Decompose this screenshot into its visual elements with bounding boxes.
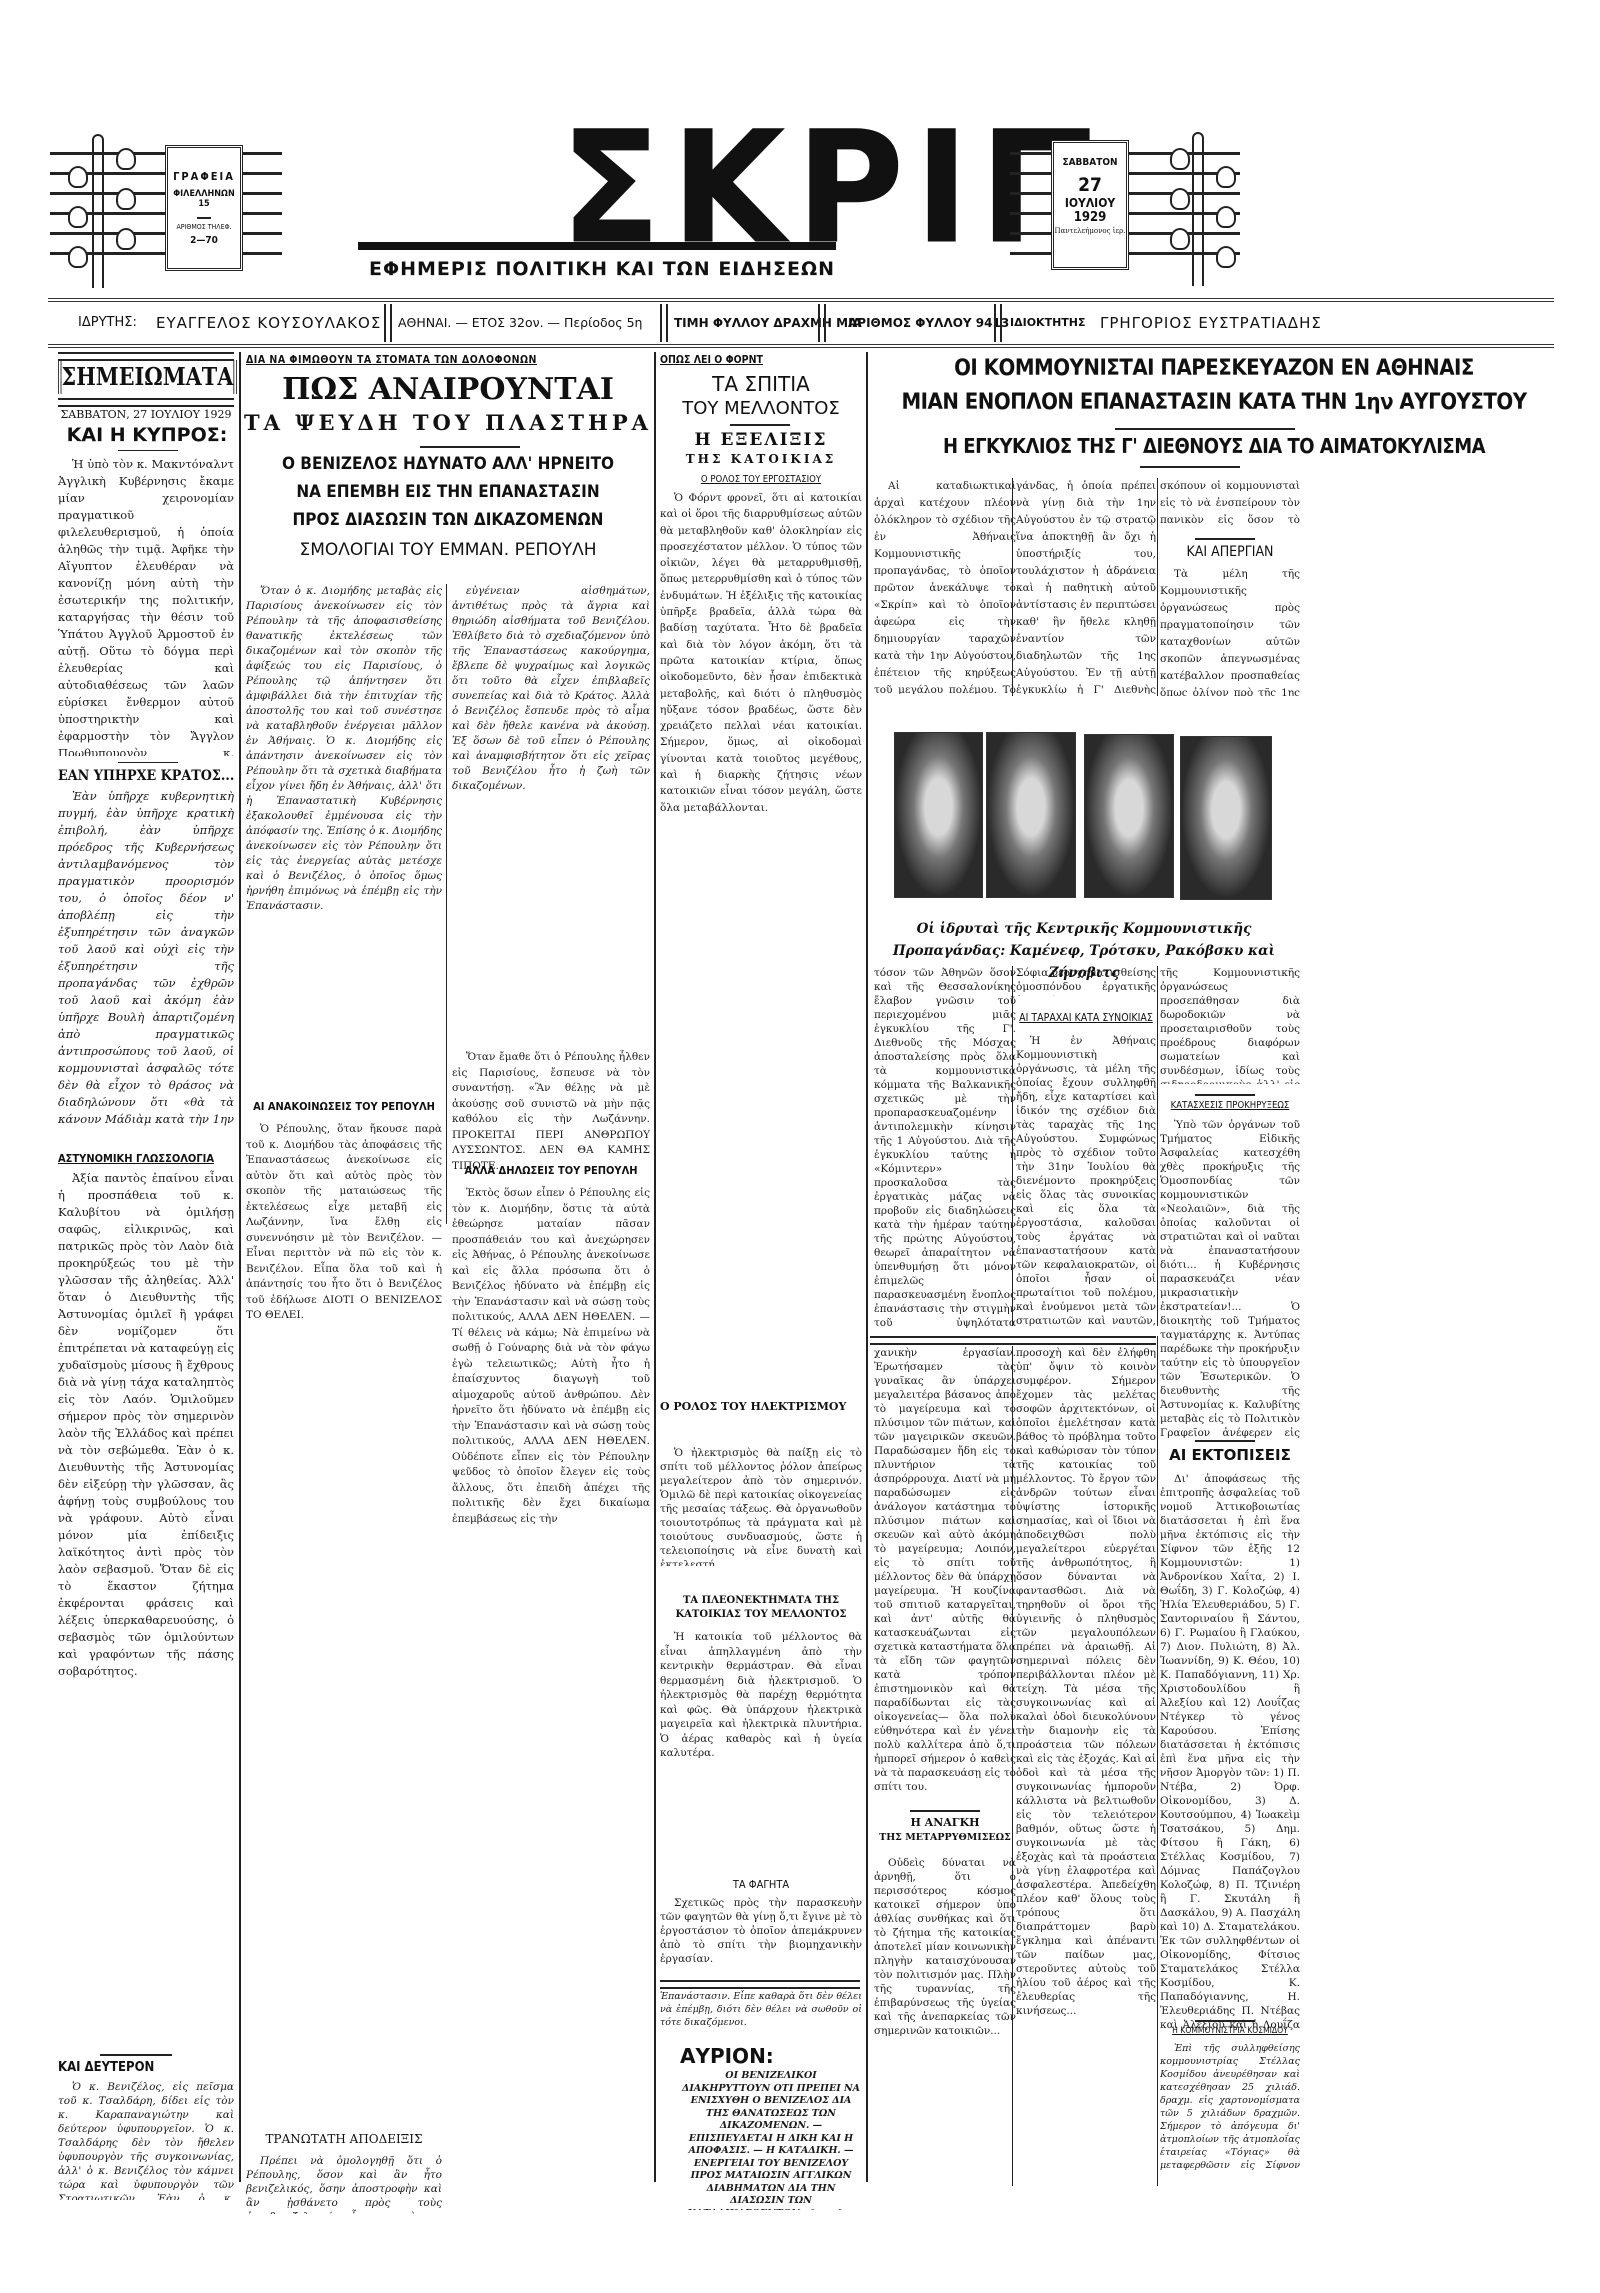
paragraph: Σχετικῶς πρὸς τὴν παρασκευὴν τῶν φαγητῶν…	[660, 1896, 862, 1966]
lead-body-riots: Ἡ ἐν Ἀθήναις Κομμουνιστικὴ ὀργάνωσις, τὰ…	[1016, 1034, 1156, 1326]
rule	[660, 1980, 860, 1989]
column-rule	[1157, 1336, 1158, 2186]
kicker-gag-murderers: ΔΙΑ ΝΑ ΦΙΜΩΘΟΥΝ ΤΑ ΣΤΟΜΑΤΑ ΤΩΝ ΔΟΛΟΦΟΝΩΝ	[246, 354, 537, 366]
subhead-electricity-role: Ο ΡΟΛΟΣ ΤΟΥ ΗΛΕΚΤΡΙΣΜΟΥ	[660, 1400, 862, 1413]
divider	[660, 304, 668, 342]
rule	[420, 446, 520, 448]
subhead-need: Η ΑΝΑΓΚΗ	[874, 1816, 1016, 1829]
lead-headline-circular: Η ΕΓΚΥΚΛΙΟΣ ΤΗΣ Γ' ΔΙΕΘΝΟΥΣ ΔΙΑ ΤΟ ΑΙΜΑΤ…	[872, 434, 1556, 458]
story-body-announcements: Ὁ Ρέπουλης, ὅταν ἤκουσε παρὰ τοῦ κ. Διομ…	[246, 1122, 442, 1822]
rule	[910, 1810, 980, 1812]
date-day: 27	[1054, 174, 1126, 196]
lead-body-strike: Τὰ μέλη τῆς Κομμουνιστικῆς ὀργανώσεως πρ…	[1160, 566, 1300, 696]
article-title-cyprus: ΚΑΙ Η ΚΥΠΡΟΣ:	[58, 424, 236, 446]
divider	[818, 304, 826, 342]
story-body-left: Ὅταν ὁ κ. Διομήδης μεταβὰς εἰς Παρισίους…	[246, 584, 442, 1044]
article-body-cyprus: Ἡ ὑπὸ τὸν κ. Μακντόναλντ Ἀγγλικὴ Κυβέρνη…	[58, 456, 234, 756]
lead-body-kosmidou: Ἐπὶ τῆς συλληφθείσης κομμουνιστρίας Στέλ…	[1160, 2042, 1300, 2172]
paragraph: Ἐὰν ὑπῆρχε κυβερνητικὴ πυγμή, ἐὰν ὑπῆρχε…	[58, 788, 234, 1128]
paragraph: προσοχὴ καὶ δὲν ἐλήφθη ὑπ' ὄψιν τὸ κοινὸ…	[1016, 1346, 1156, 2018]
story-body-right: εὐγένειαν αἰσθημάτων, ἀντιθέτως πρὸς τὰ …	[452, 584, 650, 1044]
portrait-photo-4	[1180, 736, 1272, 900]
paragraph: Ἡ ἐν Ἀθήναις Κομμουνιστικὴ ὀργάνωσις, τὰ…	[1016, 1034, 1156, 1326]
lead-body-deportations: Δι' ἀποφάσεως τῆς ἐπιτροπῆς ἀσφαλείας το…	[1160, 1472, 1300, 2032]
rule	[730, 424, 790, 426]
rule	[118, 762, 178, 763]
subhead-seizure-proclamation: ΚΑΤΑΣΧΕΣΙΣ ΠΡΟΚΗΡΥΞΕΩΣ	[1160, 1100, 1300, 1111]
story-body-clearest-proof: Πρέπει νὰ ὁμολογηθῇ ὅτι ὁ Ρέπουλης, ὅσον…	[246, 2154, 442, 2214]
offices-label: ΓΡΑΦΕΙΑ	[168, 170, 240, 183]
paragraph: εὐγένειαν αἰσθημάτων, ἀντιθέτως πρὸς τὰ …	[452, 584, 650, 794]
offices-address: ΦΙΛΕΛΛΗΝΩΝ 15	[168, 189, 240, 209]
subhead-factory-role: Ο ΡΟΛΟΣ ΤΟΥ ΕΡΓΟΣΤΑΣΙΟΥ	[660, 474, 862, 485]
paragraph: Τὰ μέλη τῆς Κομμουνιστικῆς ὀργανώσεως πρ…	[1160, 566, 1300, 696]
lower-body-architects: προσοχὴ καὶ δὲν ἐλήφθη ὑπ' ὄψιν τὸ κοινὸ…	[1016, 1346, 1156, 2186]
paragraph: Ὁ ἠλεκτρισμὸς θὰ παίξῃ εἰς τὸ σπίτι τοῦ …	[660, 1446, 862, 1566]
rule	[1195, 538, 1255, 540]
publication-info-bar: ΙΔΡΥΤΗΣ: ΕΥΑΓΓΕΛΟΣ ΚΟΥΣΟΥΛΑΚΟΣ ΑΘΗΝΑΙ. —…	[48, 298, 1554, 348]
subhead-deportations: ΑΙ ΕΚΤΟΠΙΣΕΙΣ	[1160, 1446, 1300, 1464]
date-saint: Παντελεήμονος ἱερ.	[1054, 227, 1126, 235]
portrait-photo-1	[894, 732, 983, 898]
lower-body-kitchen: χανικὴν ἐργασίαν. Ἐρωτήσαμεν τὰς γυναῖκα…	[874, 1346, 1016, 1816]
paragraph: Ὑπὸ τῶν ὀργάνων τοῦ Τμήματος Εἰδικῆς Ἀσφ…	[1160, 1118, 1300, 1440]
rule	[118, 450, 178, 451]
tomorrow-teaser: ΟΙ ΒΕΝΙΖΕΛΙΚΟΙ ΔΙΑΚΗΡΥΤΤΟΥΝ ΟΤΙ ΠΡΕΠΕΙ Ν…	[680, 2070, 862, 2210]
notes-date: ΣΑΒΒΑΤΟΝ, 27 ΙΟΥΛΙΟΥ 1929	[58, 408, 234, 421]
column-rule	[654, 352, 656, 2182]
tagline: ΕΦΗΜΕΡΙΣ ΠΟΛΙΤΙΚΗ ΚΑΙ ΤΩΝ ΕΙΔΗΣΕΩΝ	[342, 258, 862, 280]
article-title-if-there-were-state: ΕΑΝ ΥΠΗΡΧΕ ΚΡΑΤΟΣ...	[58, 768, 234, 784]
place-year: ΑΘΗΝΑΙ. — ΕΤΟΣ 32ον. — Περίοδος 5η	[398, 302, 642, 344]
headline-venizelos-could: Ο ΒΕΝΙΖΕΛΟΣ ΗΔΥΝΑΤΟ ΑΛΛ' ΗΡΝΕΙΤΟ	[244, 454, 652, 474]
paragraph: Σόφια νεοσχηματισθείσης ὁμοσπόνδου ἐργατ…	[1016, 966, 1156, 996]
date-month: ΙΟΥΛΙΟΥ	[1054, 196, 1126, 210]
lead-body-lower-col2a: Σόφια νεοσχηματισθείσης ὁμοσπόνδου ἐργατ…	[1016, 966, 1156, 996]
paragraph: Ὁ Ρέπουλης, ὅταν ἤκουσε παρὰ τοῦ κ. Διομ…	[246, 1122, 442, 1324]
title-underline	[358, 242, 836, 250]
paragraph: τῆς Κομμουνιστικῆς ὀργανώσεως προσεπάθησ…	[1160, 966, 1300, 1084]
paragraph: Ὁ κ. Βενιζέλος, εἰς πεῖσμα τοῦ κ. Τσαλδά…	[58, 2080, 234, 2200]
headline-intervene: ΝΑ ΕΠΕΜΒΗ ΕΙΣ ΤΗΝ ΕΠΑΝΑΣΤΑΣΙΝ	[244, 482, 652, 502]
rule	[58, 398, 234, 407]
column-rule	[866, 352, 868, 2182]
owner-label: ΙΔΙΟΚΤΗΤΗΣ	[1010, 302, 1086, 344]
column-rule	[1012, 966, 1013, 1326]
lower-body-reform: Οὐδεὶς δύναται νὰ ἀρνηθῇ, ὅτι ὁ περισσότ…	[874, 1856, 1016, 2186]
headline-repoulis-statements: ΣΜΟΛΟΓΙΑΙ ΤΟΥ ΕΜΜΑΝ. ΡΕΠΟΥΛΗ	[244, 540, 652, 560]
headline-plastiras-lies: ΤΑ ΨΕΥΔΗ ΤΟΥ ΠΛΑΣΤΗΡΑ	[244, 410, 652, 435]
article-body-and-second: Ὁ κ. Βενιζέλος, εἰς πεῖσμα τοῦ κ. Τσαλδά…	[58, 2080, 234, 2200]
paragraph: Αἱ καταδιωκτικαὶ ἀρχαὶ κατέχουν πλέον ὁλ…	[874, 478, 1016, 694]
paragraph: Ἐπὶ τῆς συλληφθείσης κομμουνιστρίας Στέλ…	[1160, 2042, 1300, 2172]
rule	[1115, 428, 1295, 430]
lead-headline-line2: ΜΙΑΝ ΕΝΟΠΛΟΝ ΕΠΑΝΑΣΤΑΣΙΝ ΚΑΤΑ ΤΗΝ 1ην ΑΥ…	[872, 390, 1556, 415]
continued-snippet: Ἐπανάστασιν. Εἶπε καθαρὰ ὅτι δὲν θέλει ν…	[660, 1990, 862, 2036]
lead-body-col1: Αἱ καταδιωκτικαὶ ἀρχαὶ κατέχουν πλέον ὁλ…	[874, 478, 1016, 694]
column-rule	[1012, 478, 1013, 696]
lead-body-lower-col1: τόσον τῶν Ἀθηνῶν ὅσον καὶ τῆς Θεσσαλονίκ…	[874, 966, 1016, 1328]
divider	[994, 304, 1002, 342]
rule	[1140, 466, 1240, 468]
issue-number: ΑΡΙΘΜΟΣ ΦΥΛΛΟΥ 9413	[848, 302, 1009, 344]
column-rule	[1157, 478, 1158, 696]
portrait-photo-2	[986, 732, 1076, 898]
column-rule	[239, 352, 241, 2182]
phone-label: ΑΡΙΘΜΟΣ ΤΗΛΕΦ.	[168, 223, 240, 231]
newspaper-title-logo: ΣΚΡΙΠ	[560, 125, 1040, 251]
subhead-reform: ΤΗΣ ΜΕΤΑΡΡΥΘΜΙΣΕΩΣ	[874, 1832, 1016, 1843]
paragraph: Πρέπει νὰ ὁμολογηθῇ ὅτι ὁ Ρέπουλης, ὅσον…	[246, 2154, 442, 2214]
price: ΤΙΜΗ ΦΥΛΛΟΥ ΔΡΑΧΜΗ ΜΙΑ	[674, 302, 862, 344]
portrait-photo-3	[1084, 734, 1174, 898]
rule	[100, 2054, 172, 2056]
lead-headline-line1: ΟΙ ΚΟΜΜΟΥΝΙΣΤΑΙ ΠΑΡΕΣΚΕΥΑΖΟΝ ΕΝ ΑΘΗΝΑΙΣ	[872, 356, 1556, 381]
paragraph: Ὅταν ἔμαθε ὅτι ὁ Ρέπουλης ἦλθεν εἰς Παρι…	[452, 1050, 650, 1174]
article-body-police-language: Ἀξία παντὸς ἐπαίνου εἶναι ἡ προσπάθεια τ…	[58, 1170, 234, 2040]
kicker-ford-says: ΟΠΩΣ ΛΕΙ Ο ΦΟΡΝΤ	[660, 354, 763, 366]
ford-body-foods: Σχετικῶς πρὸς τὴν παρασκευὴν τῶν φαγητῶν…	[660, 1896, 862, 1976]
headline-of-dwelling: ΤΗΣ ΚΑΤΟΙΚΙΑΣ	[660, 452, 862, 466]
subhead-other-statements: ΑΛΛΑ ΔΗΛΩΣΕΙΣ ΤΟΥ ΡΕΠΟΥΛΗ	[452, 1164, 650, 1177]
subhead-advantages: ΤΑ ΠΛΕΟΝΕΚΤΗΜΑΤΑ ΤΗΣ ΚΑΤΟΙΚΙΑΣ ΤΟΥ ΜΕΛΛΟ…	[660, 1594, 862, 1622]
section-title-notes: ΣΗΜΕΙΩΜΑΤΑ	[58, 360, 237, 394]
paragraph: Δι' ἀποφάσεως τῆς ἐπιτροπῆς ἀσφαλείας το…	[1160, 1472, 1300, 2032]
paragraph: Ἐπανάστασιν. Εἶπε καθαρὰ ὅτι δὲν θέλει ν…	[660, 1990, 862, 2029]
ford-body-a: Ὁ Φόρντ φρονεῖ, ὅτι αἱ κατοικίαι καὶ οἱ …	[660, 490, 862, 1320]
article-title-and-second: ΚΑΙ ΔΕΥΤΕΡΟΝ	[58, 2060, 234, 2075]
subhead-clearest-proof: ΤΡΑΝΩΤΑΤΗ ΑΠΟΔΕΙΞΙΣ	[246, 2132, 442, 2146]
paragraph: τόσον τῶν Ἀθηνῶν ὅσον καὶ τῆς Θεσσαλονίκ…	[874, 966, 1016, 1328]
paragraph: γάνδας, ἡ ὁποία πρέπει νὰ γίνῃ διὰ τὴν 1…	[1016, 478, 1156, 694]
lead-body-lower-col3a: τῆς Κομμουνιστικῆς ὀργανώσεως προσεπάθησ…	[1160, 966, 1300, 1084]
founder-label: ΙΔΡΥΤΗΣ:	[78, 302, 137, 344]
subhead-communist-kosmidou: Η ΚΟΜΜΟΥΝΙΣΤΡΙΑ ΚΟΣΜΙΔΟΥ	[1160, 2026, 1300, 2036]
subhead-riots-neighborhoods: ΑΙ ΤΑΡΑΧΑΙ ΚΑΤΑ ΣΥΝΟΙΚΙΑΣ	[1016, 1012, 1156, 1024]
rule	[1195, 2020, 1255, 2022]
paragraph: σκόπουν οἱ κομμουνισταὶ εἰς τὸ νὰ ἐνσπεί…	[1160, 478, 1300, 530]
tomorrow-label: ΑΥΡΙΟΝ:	[680, 2044, 774, 2068]
rule	[1195, 1094, 1255, 1096]
paragraph: Οὐδεὶς δύναται νὰ ἀρνηθῇ, ὅτι ὁ περισσότ…	[874, 1856, 1016, 2038]
paragraph: Ἡ κατοικία τοῦ μέλλοντος θὰ εἶναι ἀπηλλα…	[660, 1630, 862, 1761]
headline-of-future: ΤΟΥ ΜΕΛΛΟΝΤΟΣ	[660, 398, 862, 419]
column-rule	[1157, 966, 1158, 1326]
founder-name: ΕΥΑΓΓΕΛΟΣ ΚΟΥΣΟΥΛΑΚΟΣ	[156, 302, 381, 344]
paragraph: Ὅταν ὁ κ. Διομήδης μεταβὰς εἰς Παρισίους…	[246, 584, 442, 914]
rule	[870, 1336, 1156, 1345]
paragraph: χανικὴν ἐργασίαν. Ἐρωτήσαμεν τὰς γυναῖκα…	[874, 1346, 1016, 1794]
headline-rescue: ΠΡΟΣ ΔΙΑΣΩΣΙΝ ΤΩΝ ΔΙΚΑΖΟΜΕΝΩΝ	[244, 510, 652, 530]
date-box: ΣΑΒΒΑΤΟΝ 27 ΙΟΥΛΙΟΥ 1929 Παντελεήμονος ἱ…	[1051, 140, 1129, 270]
date-year: 1929	[1054, 210, 1126, 225]
column-rule	[446, 584, 447, 1224]
divider	[384, 304, 392, 342]
lead-body-seizure: Ὑπὸ τῶν ὀργάνων τοῦ Τμήματος Εἰδικῆς Ἀσφ…	[1160, 1118, 1300, 1440]
lead-body-col2: γάνδας, ἡ ὁποία πρέπει νὰ γίνῃ διὰ τὴν 1…	[1016, 478, 1156, 694]
headline-how-refuted: ΠΩΣ ΑΝΑΙΡΟΥΝΤΑΙ	[244, 372, 652, 407]
headline-houses: ΤΑ ΣΠΙΤΙΑ	[660, 372, 862, 396]
paragraph: Ἡ ὑπὸ τὸν κ. Μακντόναλντ Ἀγγλικὴ Κυβέρνη…	[58, 456, 234, 756]
article-body-if-there-were-state: Ἐὰν ὑπῆρχε κυβερνητικὴ πυγμή, ἐὰν ὑπῆρχε…	[58, 788, 234, 1128]
owner-name: ΓΡΗΓΟΡΙΟΣ ΕΥΣΤΡΑΤΙΑΔΗΣ	[1100, 302, 1322, 344]
lead-body-col3: σκόπουν οἱ κομμουνισταὶ εἰς τὸ νὰ ἐνσπεί…	[1160, 478, 1300, 530]
rule	[1195, 1440, 1255, 1442]
date-weekday: ΣΑΒΒΑΤΟΝ	[1054, 157, 1126, 168]
paragraph: Ἐκτὸς ὅσων εἶπεν ὁ Ρέπουλης εἰς τὸν κ. Δ…	[452, 1186, 650, 1527]
headline-evolution: Η ΕΞΕΛΙΞΙΣ	[660, 430, 862, 450]
ford-body-electricity: Ὁ ἠλεκτρισμὸς θὰ παίξῃ εἰς τὸ σπίτι τοῦ …	[660, 1446, 862, 1566]
offices-box: ΓΡΑΦΕΙΑ ΦΙΛΕΛΛΗΝΩΝ 15 ΑΡΙΘΜΟΣ ΤΗΛΕΦ. 2—7…	[165, 145, 243, 271]
phone-number: 2—70	[168, 235, 240, 246]
paragraph: Ὁ Φόρντ φρονεῖ, ὅτι αἱ κατοικίαι καὶ οἱ …	[660, 490, 862, 816]
subhead-and-strike: ΚΑΙ ΑΠΕΡΓΙΑΝ	[1160, 544, 1300, 560]
ford-body-advantages: Ἡ κατοικία τοῦ μέλλοντος θὰ εἶναι ἀπηλλα…	[660, 1630, 862, 1830]
story-body-other-statements: Ἐκτὸς ὅσων εἶπεν ὁ Ρέπουλης εἰς τὸν κ. Δ…	[452, 1186, 650, 2086]
subhead-foods: ΤΑ ΦΑΓΗΤΑ	[660, 1878, 862, 1891]
subhead-repoulis-announcements: ΑΙ ΑΝΑΚΟΙΝΩΣΕΙΣ ΤΟΥ ΡΕΠΟΥΛΗ	[246, 1100, 442, 1113]
paragraph: Ἀξία παντὸς ἐπαίνου εἶναι ἡ προσπάθεια τ…	[58, 1170, 234, 1680]
paragraph: ΟΙ ΒΕΝΙΖΕΛΙΚΟΙ ΔΙΑΚΗΡΥΤΤΟΥΝ ΟΤΙ ΠΡΕΠΕΙ Ν…	[680, 2070, 862, 2210]
article-title-police-language: ΑΣΤΥΝΟΜΙΚΗ ΓΛΩΣΣΟΛΟΓΙΑ	[58, 1152, 234, 1165]
